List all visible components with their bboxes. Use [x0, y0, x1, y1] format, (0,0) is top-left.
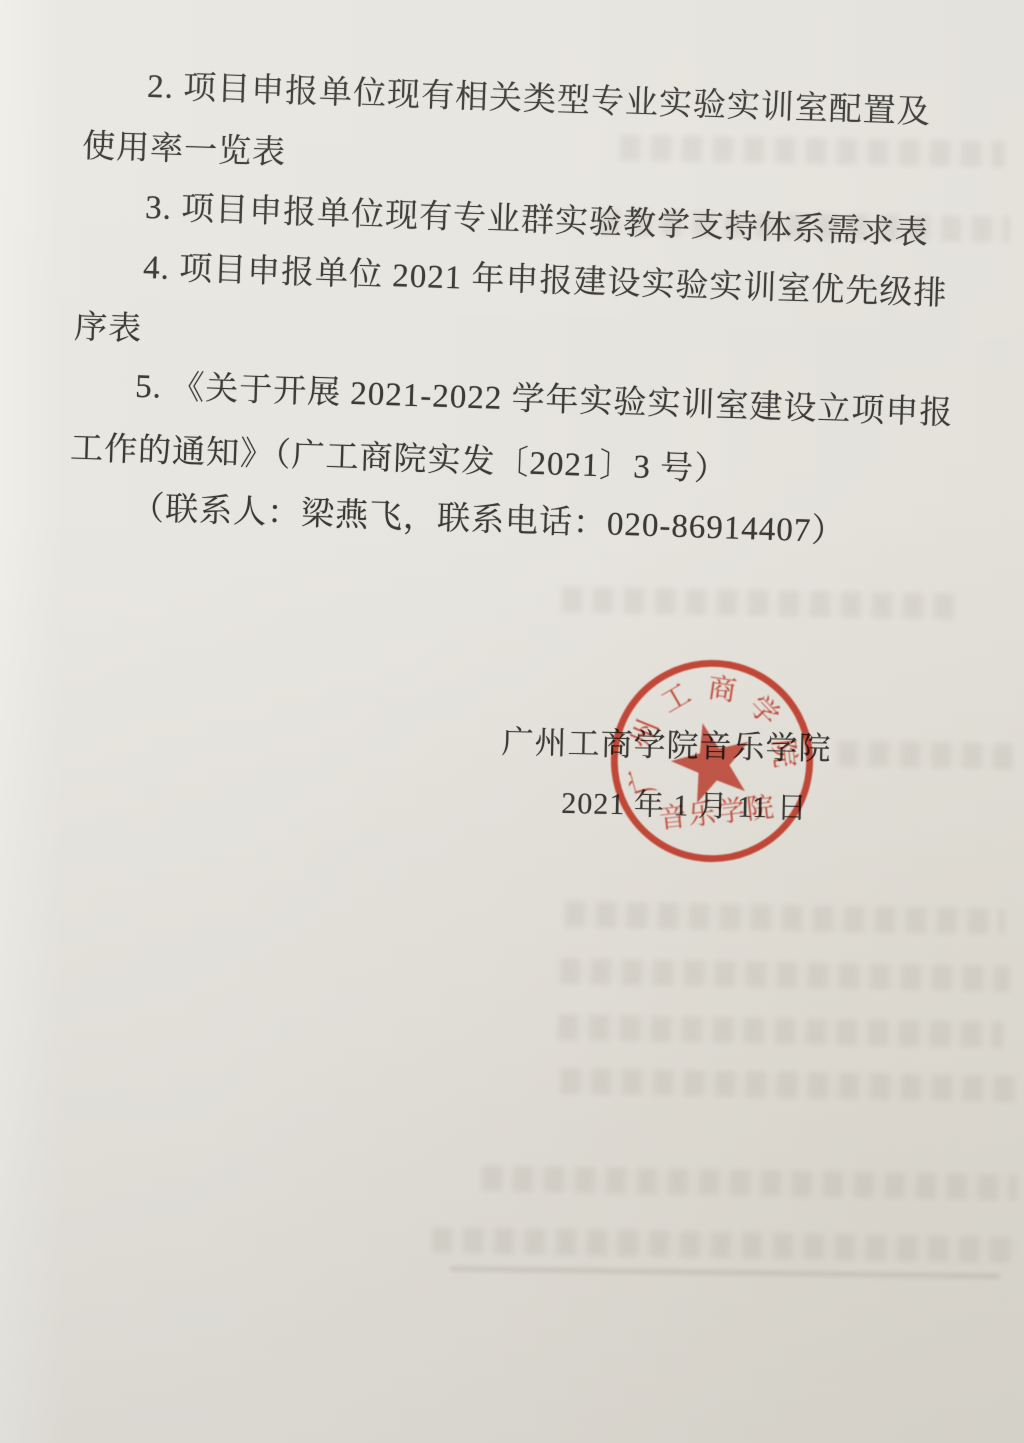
seal-bottom-text: 音乐学院 — [657, 792, 777, 834]
bleedthrough-smear — [450, 1266, 1000, 1279]
bleedthrough-row — [558, 1014, 1003, 1048]
seal-arc-char: 院 — [766, 738, 801, 770]
seal-arc-char: 学 — [742, 690, 785, 733]
seal-arc-char: 州 — [626, 715, 665, 753]
seal-arc-char: 商 — [706, 672, 739, 708]
seal-arc-char: 工 — [656, 679, 696, 720]
seal-star — [664, 714, 760, 807]
bleedthrough-row — [560, 958, 1010, 992]
seal-arc-char: 广 — [624, 763, 663, 799]
official-seal: 广 州 工 商 学 院 音乐学院 — [597, 646, 828, 877]
scanned-document-page: 2. 项目申报单位现有相关类型专业实验实训室配置及 使用率一览表 3. 项目申报… — [0, 0, 1024, 1443]
bleedthrough-row — [432, 1227, 1020, 1263]
signature-block: 广州工商学院音乐学院 2021 年 1 月 11 日 — [0, 0, 1024, 921]
bleedthrough-row — [560, 1068, 1020, 1102]
bleedthrough-row — [482, 1165, 1017, 1200]
